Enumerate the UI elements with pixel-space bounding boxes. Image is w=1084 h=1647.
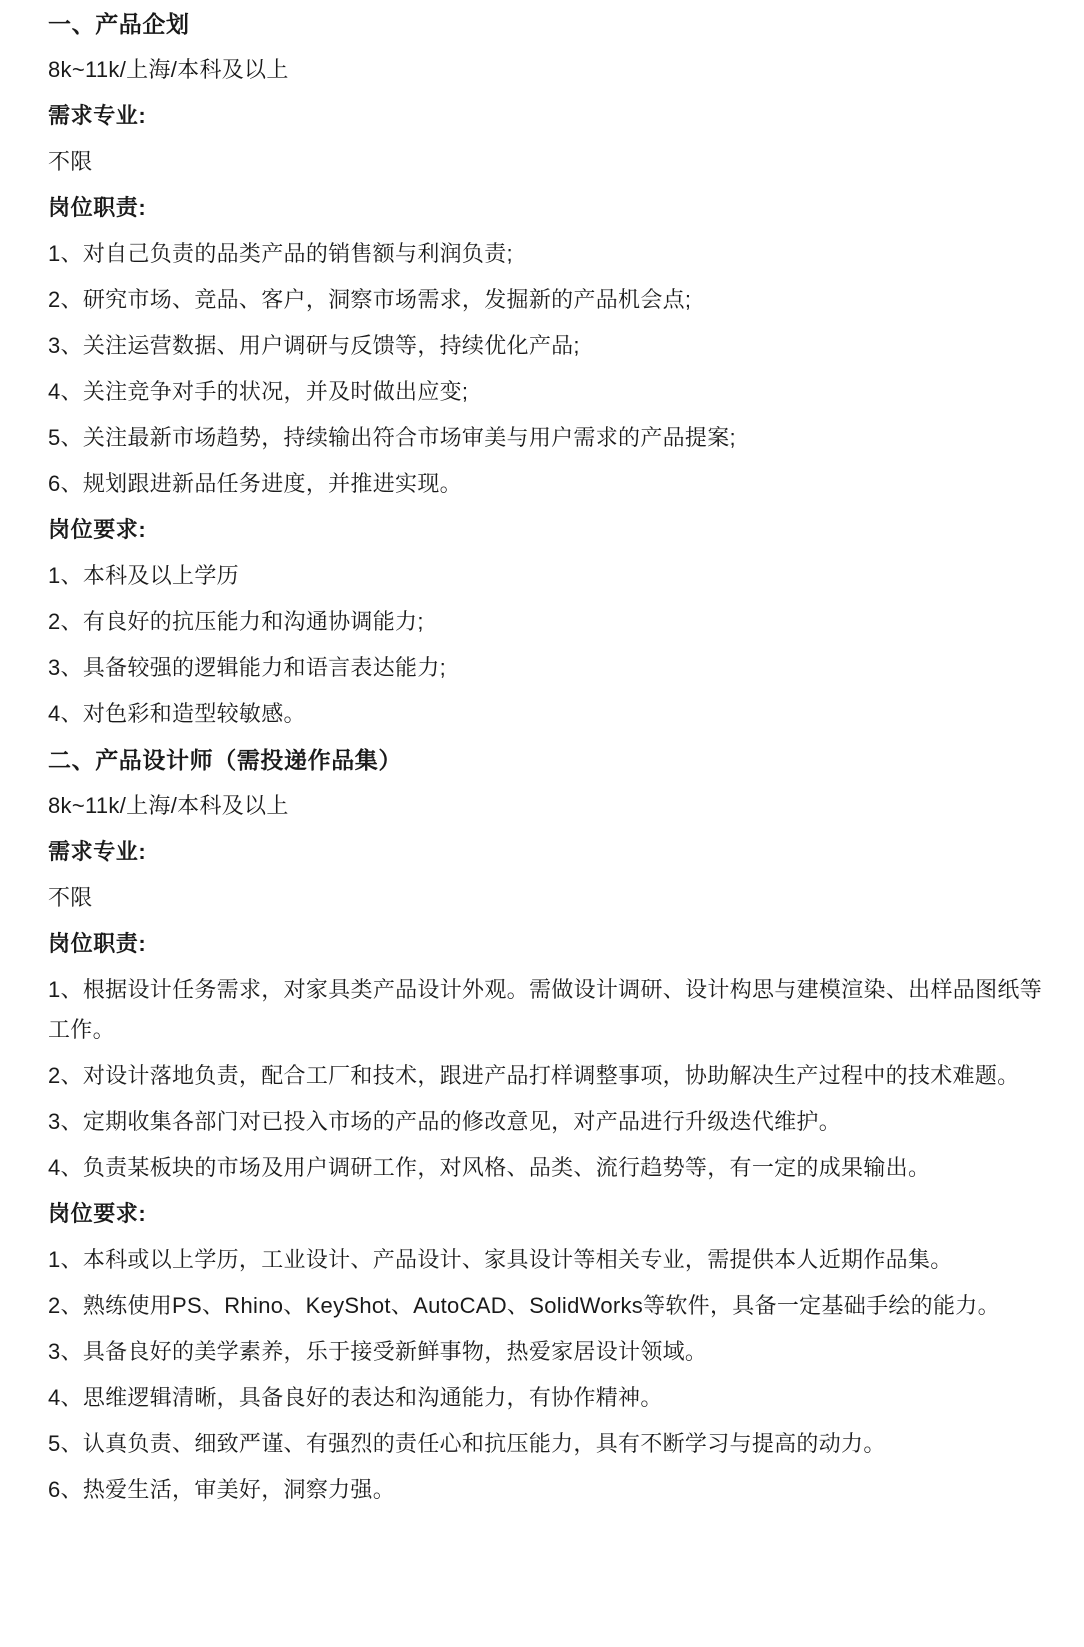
field-label: 岗位要求: <box>48 510 1042 550</box>
paragraph: 3、关注运营数据、用户调研与反馈等，持续优化产品; <box>48 326 1042 366</box>
paragraph: 4、对色彩和造型较敏感。 <box>48 694 1042 734</box>
field-label: 岗位要求: <box>48 1194 1042 1234</box>
paragraph: 4、关注竞争对手的状况，并及时做出应变; <box>48 372 1042 412</box>
paragraph: 1、对自己负责的品类产品的销售额与利润负责; <box>48 234 1042 274</box>
paragraph: 1、本科或以上学历，工业设计、产品设计、家具设计等相关专业，需提供本人近期作品集… <box>48 1240 1042 1280</box>
section-title: 二、产品设计师（需投递作品集） <box>48 740 1042 780</box>
field-label: 需求专业: <box>48 832 1042 872</box>
paragraph: 不限 <box>48 878 1042 918</box>
paragraph: 8k~11k/上海/本科及以上 <box>48 50 1042 90</box>
paragraph: 2、有良好的抗压能力和沟通协调能力; <box>48 602 1042 642</box>
paragraph: 3、具备良好的美学素养，乐于接受新鲜事物，热爱家居设计领域。 <box>48 1332 1042 1372</box>
section-title: 一、产品企划 <box>48 4 1042 44</box>
paragraph: 6、规划跟进新品任务进度，并推进实现。 <box>48 464 1042 504</box>
paragraph: 2、对设计落地负责，配合工厂和技术，跟进产品打样调整事项，协助解决生产过程中的技… <box>48 1056 1042 1096</box>
paragraph: 1、根据设计任务需求，对家具类产品设计外观。需做设计调研、设计构思与建模渲染、出… <box>48 970 1042 1050</box>
paragraph: 5、关注最新市场趋势，持续输出符合市场审美与用户需求的产品提案; <box>48 418 1042 458</box>
paragraph: 4、负责某板块的市场及用户调研工作，对风格、品类、流行趋势等，有一定的成果输出。 <box>48 1148 1042 1188</box>
field-label: 需求专业: <box>48 96 1042 136</box>
paragraph: 4、思维逻辑清晰，具备良好的表达和沟通能力，有协作精神。 <box>48 1378 1042 1418</box>
paragraph: 3、定期收集各部门对已投入市场的产品的修改意见，对产品进行升级迭代维护。 <box>48 1102 1042 1142</box>
paragraph: 5、认真负责、细致严谨、有强烈的责任心和抗压能力，具有不断学习与提高的动力。 <box>48 1424 1042 1464</box>
paragraph: 3、具备较强的逻辑能力和语言表达能力; <box>48 648 1042 688</box>
paragraph: 1、本科及以上学历 <box>48 556 1042 596</box>
field-label: 岗位职责: <box>48 188 1042 228</box>
paragraph: 不限 <box>48 142 1042 182</box>
paragraph: 2、研究市场、竞品、客户，洞察市场需求，发掘新的产品机会点; <box>48 280 1042 320</box>
document-body: 一、产品企划8k~11k/上海/本科及以上需求专业:不限岗位职责:1、对自己负责… <box>48 4 1042 1510</box>
paragraph: 2、熟练使用PS、Rhino、KeyShot、AutoCAD、SolidWork… <box>48 1286 1042 1326</box>
job-description-document: 一、产品企划8k~11k/上海/本科及以上需求专业:不限岗位职责:1、对自己负责… <box>0 0 1084 1647</box>
paragraph: 8k~11k/上海/本科及以上 <box>48 786 1042 826</box>
field-label: 岗位职责: <box>48 924 1042 964</box>
paragraph: 6、热爱生活，审美好，洞察力强。 <box>48 1470 1042 1510</box>
